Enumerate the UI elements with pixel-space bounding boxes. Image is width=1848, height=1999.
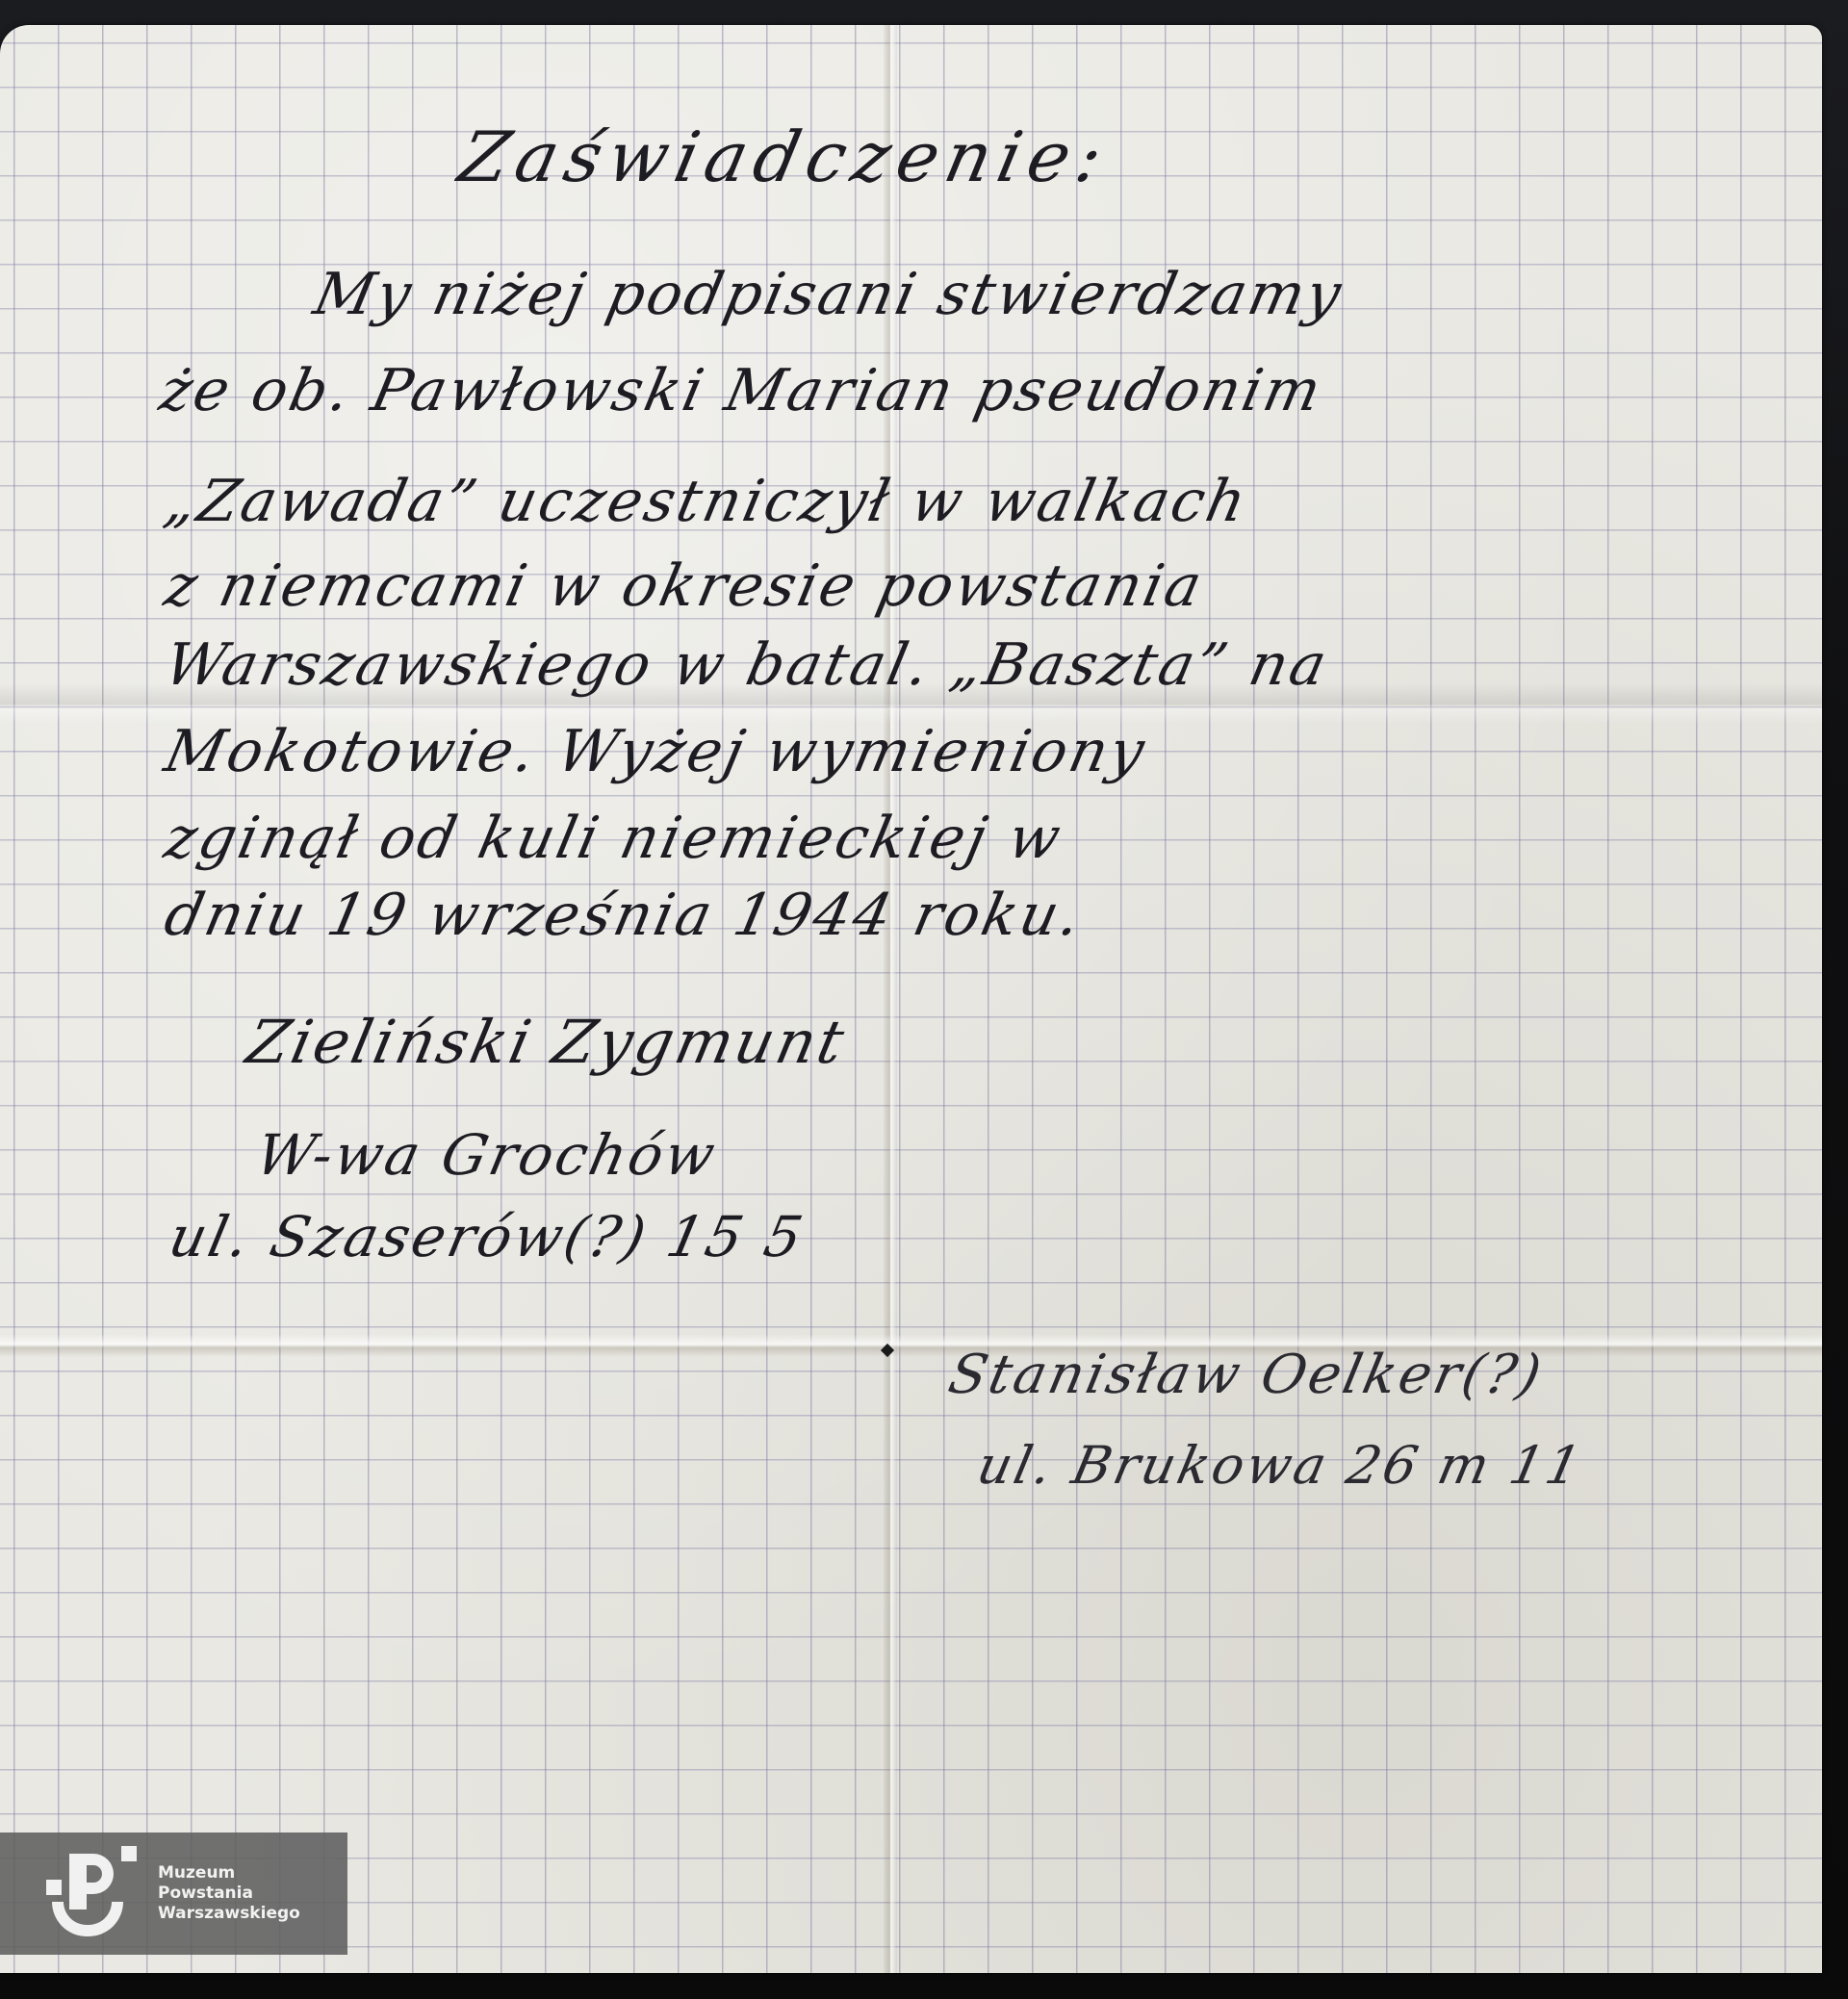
museum-name-line-3: Warszawskiego: [158, 1904, 300, 1924]
body-line-3: „Zawada” uczestniczył w walkach: [159, 468, 1254, 535]
body-line-8: dniu 19 września 1944 roku.: [159, 882, 1090, 949]
signature-1: Zieliński Zygmunt: [241, 1007, 853, 1077]
kotwica-anchor-icon: [46, 1846, 139, 1942]
body-line-4: z niemcami w okresie powstania: [159, 552, 1210, 620]
museum-name-line-2: Powstania: [158, 1884, 300, 1904]
body-line-2: że ob. Pawłowski Marian pseudonim: [154, 357, 1329, 424]
signature-2-address-line-1: ul. Brukowa 26 m 11: [972, 1435, 1589, 1496]
signature-1-address-line-1: W-wa Grochów: [250, 1122, 724, 1188]
photo-scene: Zaświadczenie: My niżej podpisani stwier…: [0, 0, 1848, 1999]
letter-title: Zaświadczenie:: [452, 116, 1117, 197]
letter-paper: Zaświadczenie: My niżej podpisani stwier…: [0, 25, 1822, 1973]
museum-watermark: Muzeum Powstania Warszawskiego: [0, 1832, 347, 1955]
body-line-1: My niżej podpisani stwierdzamy: [308, 261, 1349, 328]
signature-2: Stanisław Oelker(?): [943, 1344, 1550, 1406]
museum-name-line-1: Muzeum: [158, 1863, 300, 1884]
museum-name: Muzeum Powstania Warszawskiego: [158, 1863, 300, 1924]
body-line-5: Warszawskiego w batal. „Baszta” na: [159, 631, 1335, 699]
body-line-7: zginął od kuli niemieckiej w: [159, 805, 1069, 872]
body-line-6: Mokotowie. Wyżej wymieniony: [159, 718, 1153, 785]
signature-1-address-line-2: ul. Szaserów(?) 15 5: [164, 1204, 810, 1269]
